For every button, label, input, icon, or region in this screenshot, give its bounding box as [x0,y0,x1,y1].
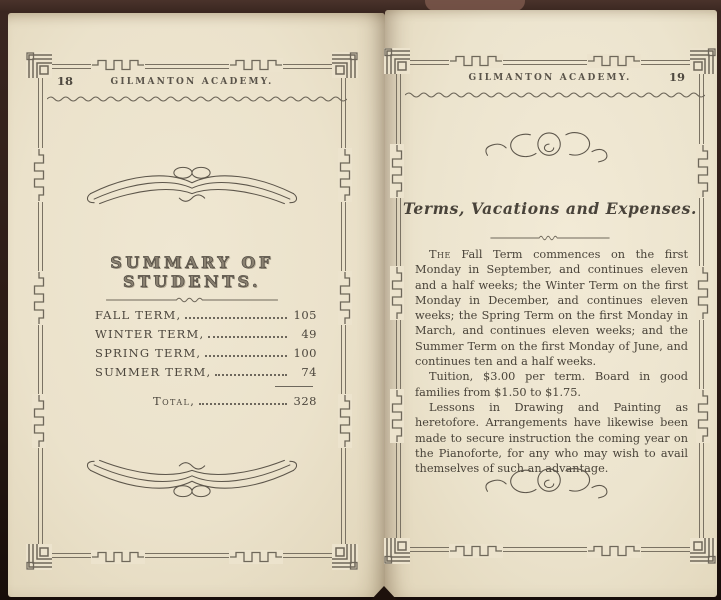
greek-key-corner-icon [332,52,358,78]
term-label: FALL TERM, [95,308,181,322]
greek-key-meander-icon [696,266,710,320]
paragraph-text: Tuition, $3.00 per term. Board in good f… [415,370,688,398]
greek-key-corner-icon [384,48,410,74]
greek-key-meander-icon [91,550,145,564]
squiggle-rule [104,295,280,303]
swash-flourish-icon [83,161,301,219]
left-page: 18 GILMANTON ACADEMY. SUMMARY OF STUDENT… [8,13,385,597]
greek-key-meander-icon [696,144,710,198]
leader-dots [205,355,287,357]
page-title: Terms, Vacations and Expenses. [397,199,703,218]
greek-key-meander-icon [32,394,46,448]
ornamental-border: 18 GILMANTON ACADEMY. SUMMARY OF STUDENT… [38,64,346,558]
table-row: SPRING TERM, 100 [95,341,317,360]
term-value: 105 [291,308,317,322]
greek-key-meander-icon [587,54,641,68]
greek-key-meander-icon [229,550,283,564]
total-value: 328 [291,394,317,408]
loop-flourish-icon [480,459,620,505]
greek-key-meander-icon [449,54,503,68]
paragraph: Tuition, $3.00 per term. Board in good f… [415,369,688,400]
leader-dots [199,403,287,405]
greek-key-corner-icon [690,538,716,564]
term-value: 49 [291,327,317,341]
greek-key-meander-icon [390,144,404,198]
leader-dots [185,317,287,319]
greek-key-meander-icon [449,544,503,558]
page-gutter [371,586,397,600]
leader-dots [208,336,287,338]
term-label: SUMMER TERM, [95,365,211,379]
ornamental-border: GILMANTON ACADEMY. 19 Terms, Vacations a… [396,60,704,552]
running-header: GILMANTON ACADEMY. [397,73,703,83]
greek-key-corner-icon [690,48,716,74]
greek-key-meander-icon [587,544,641,558]
greek-key-meander-icon [390,266,404,320]
summary-table: FALL TERM, 105 WINTER TERM, 49 SPRING TE… [95,303,317,408]
greek-key-corner-icon [332,544,358,570]
total-rule [275,386,313,387]
greek-key-corner-icon [26,544,52,570]
squiggle-rule [489,233,611,241]
table-row: WINTER TERM, 49 [95,322,317,341]
right-page: GILMANTON ACADEMY. 19 Terms, Vacations a… [385,10,717,597]
greek-key-meander-icon [91,58,145,72]
greek-key-meander-icon [32,148,46,202]
term-value: 100 [291,346,317,360]
lead-word: The [429,248,451,261]
book-photo: 18 GILMANTON ACADEMY. SUMMARY OF STUDENT… [0,0,721,600]
wavy-rule [405,90,705,98]
term-label: SPRING TERM, [95,346,201,360]
greek-key-meander-icon [696,389,710,443]
term-label: WINTER TERM, [95,327,204,341]
page-title: SUMMARY OF STUDENTS. [39,253,345,291]
paragraph: The Fall Term commences on the first Mon… [415,247,688,369]
greek-key-meander-icon [338,394,352,448]
greek-key-meander-icon [229,58,283,72]
greek-key-meander-icon [338,148,352,202]
wavy-rule [47,94,347,102]
greek-key-corner-icon [384,538,410,564]
greek-key-meander-icon [390,389,404,443]
total-row: Total, 328 [95,390,317,408]
leader-dots [215,374,287,376]
swash-flourish-icon [83,445,301,503]
term-value: 74 [291,365,317,379]
paragraph-text: Fall Term commences on the first Monday … [415,248,688,368]
table-row: FALL TERM, 105 [95,303,317,322]
page-number: 19 [669,70,685,84]
total-label: Total, [153,394,195,408]
running-header: GILMANTON ACADEMY. [39,77,345,87]
loop-flourish-icon [480,123,620,169]
body-text: The Fall Term commences on the first Mon… [415,247,688,476]
table-row: SUMMER TERM, 74 [95,360,317,379]
greek-key-corner-icon [26,52,52,78]
